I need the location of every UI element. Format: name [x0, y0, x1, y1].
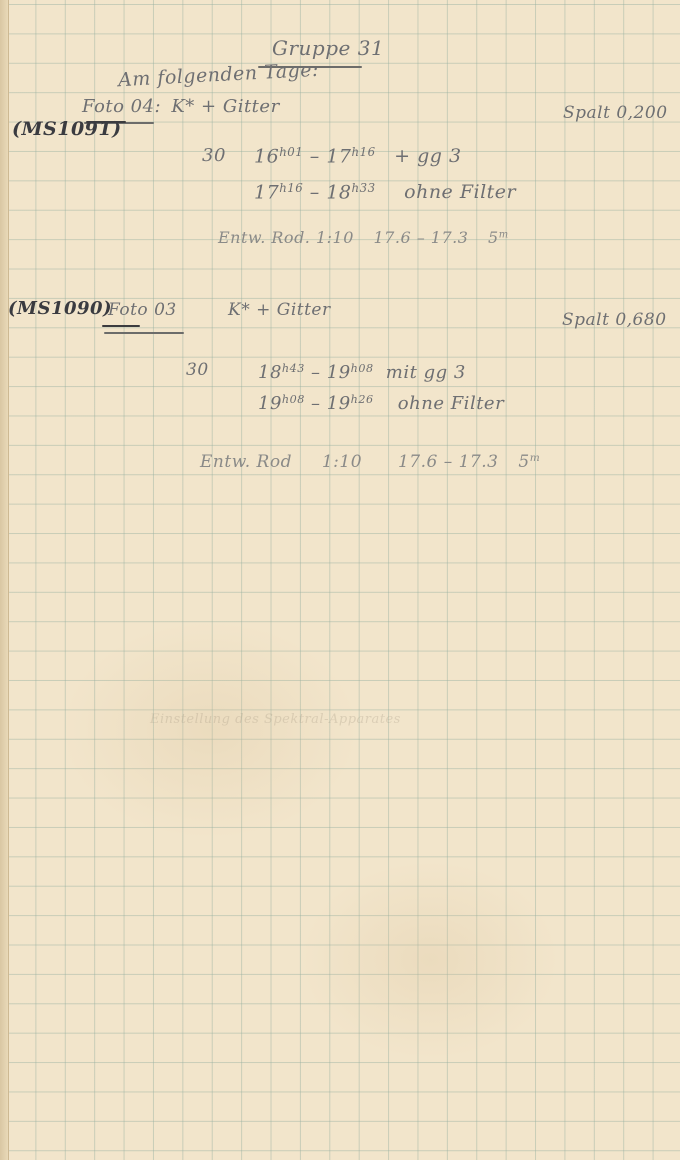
intro-text: Am folgenden Tage:	[118, 59, 320, 91]
plate-label: Foto 04: K* + Gitter	[82, 96, 280, 117]
plate-underline-dark	[102, 325, 140, 327]
page-binding-edge	[0, 0, 9, 1160]
notebook-page: Gruppe 31 Am folgenden Tage: Foto 04: K*…	[0, 0, 680, 1160]
exposure-row: 18h43 – 19h08 mit gg 3	[258, 362, 466, 383]
plate-number: Foto 04:	[82, 96, 161, 117]
exposure-row: 17h16 – 18h33 ohne Filter	[254, 181, 516, 203]
exposure-count: 30	[186, 360, 209, 380]
slit-width: Spalt 0,680	[562, 310, 667, 330]
exposure-count: 30	[202, 145, 226, 166]
exposure-row: 19h08 – 19h26 ohne Filter	[258, 393, 504, 414]
slit-width: Spalt 0,200	[563, 103, 668, 123]
bleed-through-text: Einstellung des Spektral-Apparates	[150, 712, 401, 727]
object-name: K* + Gitter	[171, 96, 279, 117]
paper-stain	[60, 620, 360, 840]
plate-id: (MS1091)	[12, 118, 122, 140]
plate-underline	[104, 332, 184, 334]
object-name: K* + Gitter	[228, 300, 331, 320]
plate-id: (MS1090)	[8, 298, 112, 319]
page-header: Gruppe 31	[272, 36, 384, 60]
exposure-row: 16h01 – 17h16 + gg 3	[254, 145, 462, 167]
development-note: Entw. Rod. 1:10 17.6 – 17.3 5m	[218, 228, 509, 247]
development-note: Entw. Rod 1:10 17.6 – 17.3 5m	[200, 452, 540, 472]
paper-stain	[300, 860, 560, 1060]
plate-number: Foto 03	[108, 300, 177, 320]
